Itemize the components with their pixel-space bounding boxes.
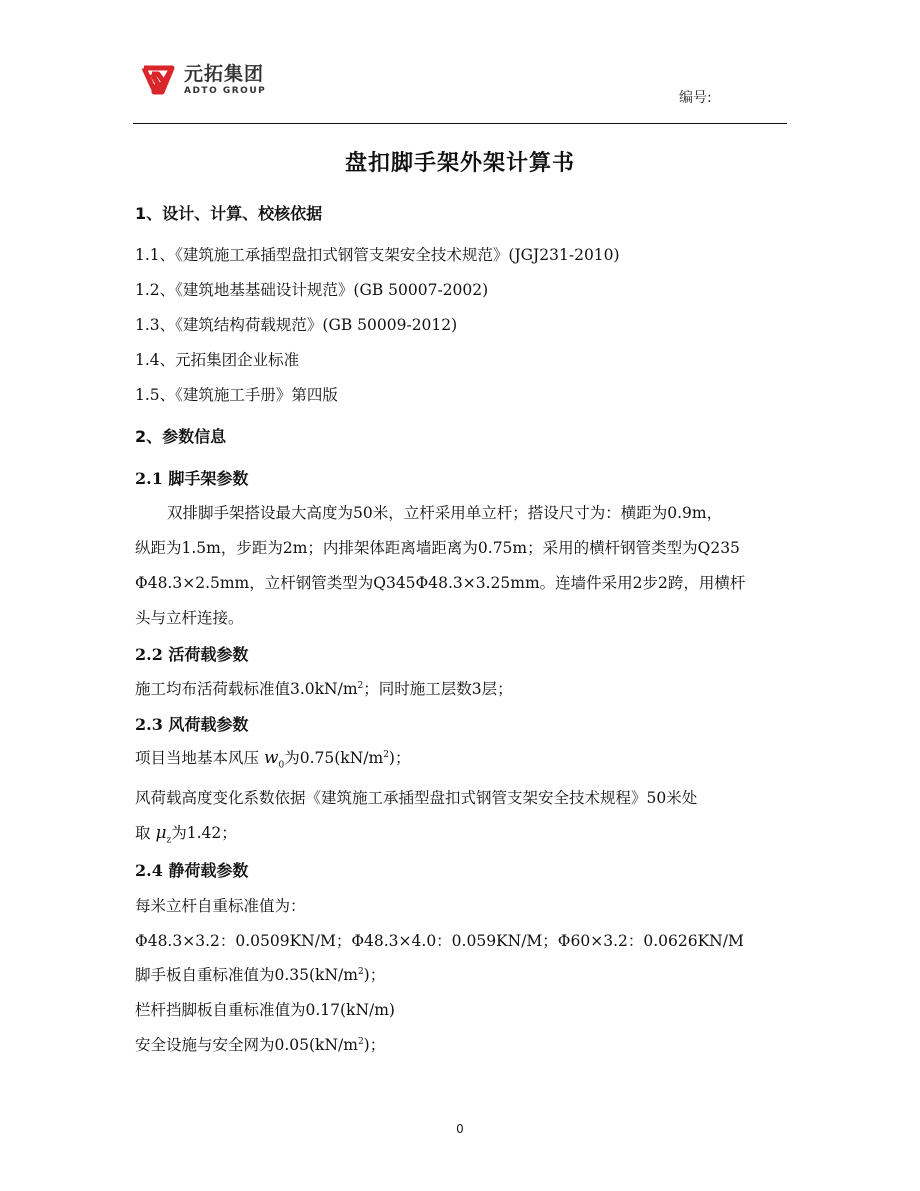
company-logo: 元拓集团 ADTO GROUP <box>138 58 288 102</box>
section-2-3-heading: 2.3 风荷载参数 <box>135 712 248 735</box>
scaffold-param-line-4: 头与立杆连接。 <box>135 606 244 628</box>
section-2-2-heading: 2.2 活荷载参数 <box>135 642 248 665</box>
section-2-4-heading: 2.4 静荷载参数 <box>135 858 248 881</box>
header-divider <box>133 123 787 124</box>
scaffold-param-line-3: Φ48.3×2.5mm，立杆钢管类型为Q345Φ48.3×3.25mm。连墙件采… <box>135 571 745 593</box>
reference-item-3: 1.3、《建筑结构荷载规范》(GB 50009-2012) <box>135 313 457 335</box>
pole-weight-label: 每米立杆自重标准值为： <box>135 894 306 916</box>
plank-weight-text: 脚手板自重标准值为0.35(kN/m <box>135 966 358 984</box>
wind-pressure-label: 项目当地基本风压 <box>135 749 259 767</box>
live-load-line: 施工均布活荷载标准值3.0kN/m2；同时施工层数3层； <box>135 677 513 699</box>
document-number-label: 编号: <box>679 87 712 107</box>
reference-item-2: 1.2、《建筑地基基础设计规范》(GB 50007-2002) <box>135 278 488 300</box>
safety-net-text: 安全设施与安全网为0.05(kN/m <box>135 1036 358 1054</box>
wind-coef-value: 为1.42； <box>171 824 237 842</box>
section-2-heading: 2、参数信息 <box>135 424 226 447</box>
adto-logo-icon <box>138 60 178 100</box>
wind-pressure-end: )； <box>389 749 411 767</box>
section-2-1-heading: 2.1 脚手架参数 <box>135 466 248 489</box>
railing-weight-line: 栏杆挡脚板自重标准值为0.17(kN/m) <box>135 998 395 1020</box>
live-load-text: 施工均布活荷载标准值3.0kN/m <box>135 680 358 698</box>
wind-coef-line-1: 风荷载高度变化系数依据《建筑施工承插型盘扣式钢管支架安全技术规程》50米处 <box>135 786 697 808</box>
reference-item-5: 1.5、《建筑施工手册》第四版 <box>135 383 338 405</box>
plank-weight-line: 脚手板自重标准值为0.35(kN/m2)； <box>135 963 385 985</box>
symbol-w: w <box>264 748 279 768</box>
safety-net-line: 安全设施与安全网为0.05(kN/m2)； <box>135 1033 385 1055</box>
logo-chinese-name: 元拓集团 <box>184 65 266 84</box>
wind-pressure-value: 为0.75(kN/m <box>284 749 383 767</box>
plank-weight-end: )； <box>364 966 386 984</box>
page-number: 0 <box>0 1122 920 1136</box>
document-page: 元拓集团 ADTO GROUP 编号: 盘扣脚手架外架计算书 1、设计、计算、校… <box>0 0 920 1191</box>
section-1-heading: 1、设计、计算、校核依据 <box>135 201 322 224</box>
scaffold-param-line-2: 纵距为1.5m，步距为2m；内排架体距离墙距离为0.75m；采用的横杆钢管类型为… <box>135 536 740 558</box>
reference-item-1: 1.1、《建筑施工承插型盘扣式钢管支架安全技术规范》(JGJ231-2010) <box>135 243 620 265</box>
live-load-text-end: ；同时施工层数3层； <box>363 680 512 698</box>
wind-coef-line-2: 取 μz为1.42； <box>135 821 237 845</box>
document-title: 盘扣脚手架外架计算书 <box>0 146 920 177</box>
pole-weight-values: Φ48.3×3.2：0.0509KN/M；Φ48.3×4.0：0.059KN/M… <box>135 929 744 951</box>
reference-item-4: 1.4、元拓集团企业标准 <box>135 348 299 370</box>
wind-coef-symbol: μz <box>155 823 171 843</box>
symbol-mu: μ <box>155 823 166 843</box>
scaffold-param-line-1: 双排脚手架搭设最大高度为50米，立杆采用单立杆；搭设尺寸为：横距为0.9m， <box>167 501 722 523</box>
wind-coef-prefix: 取 <box>135 824 151 842</box>
safety-net-end: )； <box>364 1036 386 1054</box>
wind-pressure-line: 项目当地基本风压 w0为0.75(kN/m2)； <box>135 746 410 770</box>
logo-english-name: ADTO GROUP <box>184 87 266 96</box>
wind-pressure-symbol: w0 <box>264 748 284 768</box>
